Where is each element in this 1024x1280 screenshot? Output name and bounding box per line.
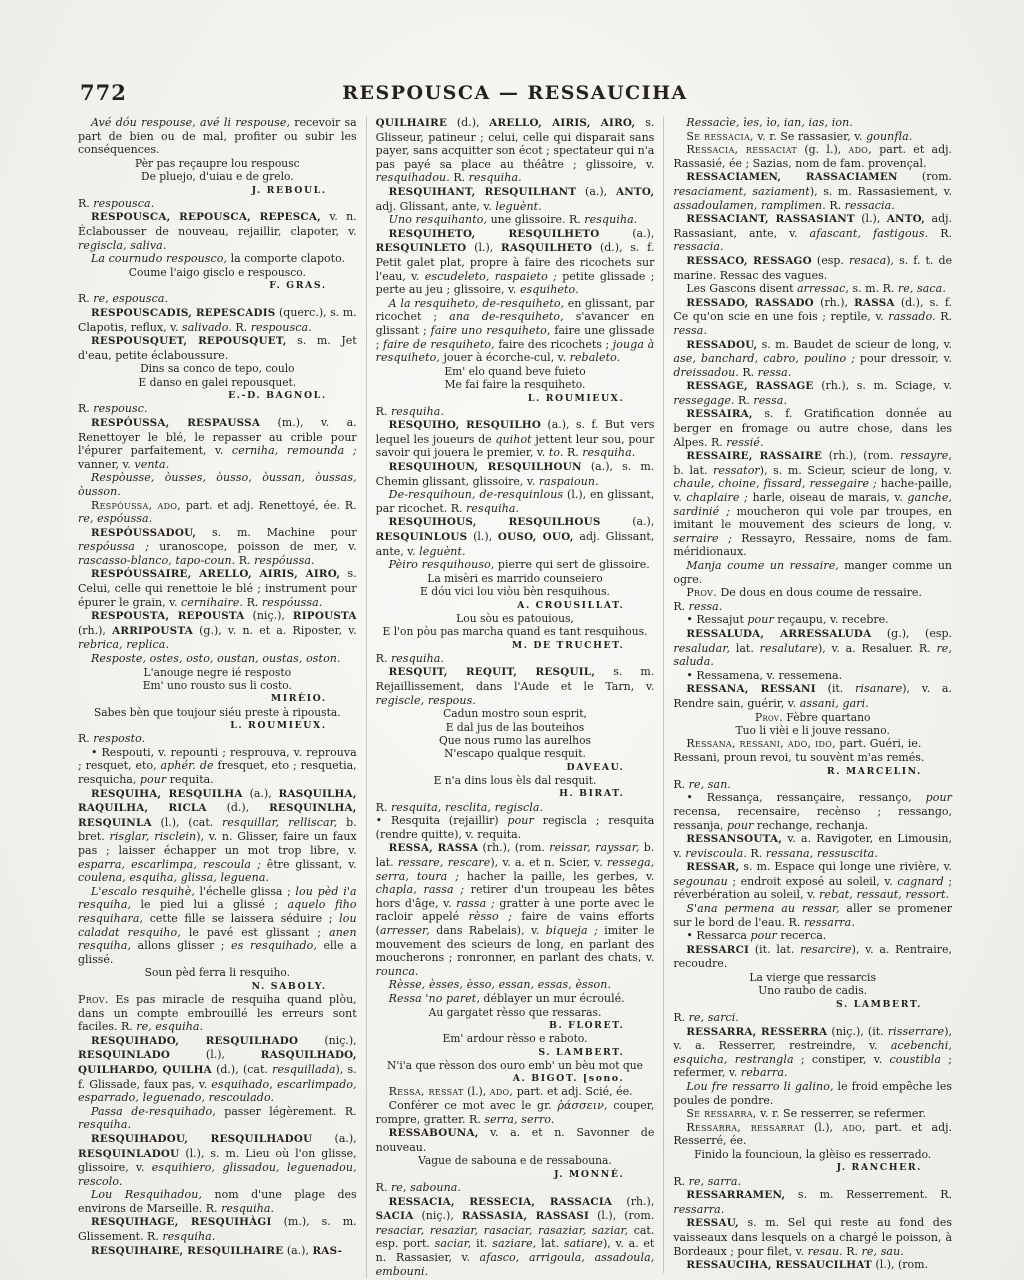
quote-attribution: A. CROUSILLAT.: [376, 599, 655, 612]
quote-attribution: MIRÈIO.: [78, 692, 357, 705]
dictionary-paragraph: RESSAGE, RASSAGE (rh.), s. m. Sciage, v.…: [673, 379, 952, 407]
column-2: QUILHAIRE (d.), ARELLO, AIRIS, AIRO, s. …: [366, 116, 664, 1278]
dictionary-paragraph: • Ressajut pour reçaupu, v. recebre.: [673, 613, 952, 627]
column-3: Ressacìe, ìes, ìo, ian, ias, ion.Se ress…: [663, 116, 952, 1273]
dictionary-paragraph: De-resquihoun, de-resquinlous (l.), en g…: [376, 488, 655, 515]
dictionary-paragraph: RESSA, RASSA (rh.), (rom. reissar, rayss…: [376, 841, 655, 978]
verse-quote: E n'a dins lous èls dal resquit.: [376, 774, 655, 787]
verse-quote: Cadun mostro soun esprit, E dal jus de l…: [376, 707, 655, 761]
dictionary-paragraph: RESQUIHO, RESQUILHO (a.), s. f. But vers…: [376, 418, 655, 460]
dictionary-paragraph: RESQUIHAGE, RESQUIHÀGI (m.), s. m. Gliss…: [78, 1215, 357, 1243]
dictionary-paragraph: Lou fre ressarro li galino, le froid emp…: [673, 1080, 952, 1107]
dictionary-paragraph: RESSAR, s. m. Espace qui longe une riviè…: [673, 860, 952, 902]
quote-attribution: J. RANCHER.: [673, 1161, 952, 1174]
dictionary-paragraph: • Respouti, v. repounti ; resprouva, v. …: [78, 746, 357, 787]
dictionary-paragraph: R. ressa.: [673, 600, 952, 614]
verse-quote: La misèri es marrido counseiero E dóu vi…: [376, 572, 655, 599]
dictionary-paragraph: RESPOUSTA, REPOUSTA (niç.), RIPOUSTA (rh…: [78, 609, 357, 652]
text-columns: Avé dóu respouse, avé li respouse, recev…: [78, 116, 952, 1278]
dictionary-paragraph: RESSADO, RASSADO (rh.), RASSA (d.), s. f…: [673, 296, 952, 338]
dictionary-paragraph: RESSADOU, s. m. Baudet de scieur de long…: [673, 338, 952, 380]
verse-quote: Lou sòu es patouious, E l'on pòu pas mar…: [376, 612, 655, 639]
dictionary-paragraph: RESQUIHADOU, RESQUILHADOU (a.), RESQUINL…: [78, 1132, 357, 1188]
dictionary-paragraph: A la resquiheto, de-resquiheto, en gliss…: [376, 297, 655, 365]
verse-quote: L'anouge negre ié resposto Em' uno roust…: [78, 666, 357, 693]
verse-quote: Em' ardour rèsso e raboto.: [376, 1032, 655, 1045]
dictionary-paragraph: Se ressarra, v. r. Se resserrer, se refe…: [673, 1107, 952, 1121]
dictionary-paragraph: L'escalo resquihè, l'échelle glissa ; lo…: [78, 885, 357, 967]
dictionary-paragraph: R. respousca.: [78, 197, 357, 211]
verse-quote: Vague de sabouna e de ressabouna.: [376, 1154, 655, 1167]
dictionary-paragraph: Manja coume un ressaire, manger comme un…: [673, 559, 952, 586]
dictionary-paragraph: Ressani, proun revoi, tu souvènt m'as re…: [673, 751, 952, 765]
dictionary-paragraph: RESSALUDA, ARRESSALUDA (g.), (esp. resal…: [673, 627, 952, 669]
page-header: 772 RESPOUSCA — RESSAUCIHA: [78, 80, 952, 110]
verse-quote: Au gargatet rèsso que ressaras.: [376, 1006, 655, 1019]
dictionary-paragraph: Les Gascons disent arressac, s. m. R. re…: [673, 282, 952, 296]
verse-quote: N'i'a que rèsson dos ouro emb' un bèu mo…: [376, 1059, 655, 1072]
quote-attribution: B. FLORET.: [376, 1019, 655, 1032]
dictionary-paragraph: RESQUIHAIRE, RESQUILHAIRE (a.), RAS-: [78, 1244, 357, 1259]
dictionary-paragraph: • Ressança, ressançaire, ressanço, pour …: [673, 791, 952, 832]
dictionary-paragraph: • Ressarca pour recerca.: [673, 929, 952, 943]
dictionary-paragraph: Ressa 'no paret, déblayer un mur écroulé…: [376, 992, 655, 1006]
dictionary-paragraph: RESSACIAMEN, RASSACIAMEN (rom. resaciame…: [673, 170, 952, 212]
dictionary-paragraph: Passa de-resquihado, passer légèrement. …: [78, 1105, 357, 1132]
verse-quote: Pèr pas reçaupre lou respousc De pluejo,…: [78, 157, 357, 184]
dictionary-paragraph: Conférer ce mot avec le gr. ῥάσσειν, cou…: [376, 1099, 655, 1126]
dictionary-page: 772 RESPOUSCA — RESSAUCIHA Avé dóu respo…: [0, 0, 1024, 1280]
dictionary-paragraph: R. resquiha.: [376, 405, 655, 419]
quote-attribution: J. REBOUL.: [78, 184, 357, 197]
dictionary-paragraph: Ressa, ressat (l.), ado, part. et adj. S…: [376, 1085, 655, 1099]
dictionary-paragraph: R. resquita, resclita, regiscla.: [376, 801, 655, 815]
quote-attribution: E.-D. BAGNOL.: [78, 389, 357, 402]
dictionary-paragraph: Se ressacia, v. r. Se rassasier, v. goun…: [673, 130, 952, 144]
dictionary-paragraph: Avé dóu respouse, avé li respouse, recev…: [78, 116, 357, 157]
running-title: RESPOUSCA — RESSAUCIHA: [78, 82, 952, 104]
dictionary-paragraph: Pèiro resquihouso, pierre qui sert de gl…: [376, 558, 655, 572]
dictionary-paragraph: • Resquita (rejaillir) pour regiscla ; r…: [376, 814, 655, 841]
quote-attribution: S. LAMBERT.: [376, 1046, 655, 1059]
dictionary-paragraph: R. respousc.: [78, 402, 357, 416]
dictionary-paragraph: Ressacia, ressaciat (g. l.), ado, part. …: [673, 143, 952, 170]
verse-quote: Coume l'aigo gisclo e respousco.: [78, 266, 357, 279]
dictionary-paragraph: R. re, sabouna.: [376, 1181, 655, 1195]
quote-attribution: DAVEAU.: [376, 761, 655, 774]
dictionary-paragraph: RESQUIHA, RESQUILHA (a.), RASQUILHA, RAQ…: [78, 787, 357, 885]
dictionary-paragraph: R. re, sarci.: [673, 1011, 952, 1025]
dictionary-paragraph: R. resposto.: [78, 732, 357, 746]
quote-attribution: S. LAMBERT.: [673, 998, 952, 1011]
dictionary-paragraph: RESPOUSCA, REPOUSCA, REPESCA, v. n. Écla…: [78, 210, 357, 252]
dictionary-paragraph: RESPÓUSSA, RESPAUSSA (m.), v. a. Renetto…: [78, 416, 357, 471]
dictionary-paragraph: RESSARCI (it. lat. resarcire), v. a. Ren…: [673, 943, 952, 971]
dictionary-paragraph: Rèsse, èsses, èsso, essan, essas, èsson.: [376, 978, 655, 992]
dictionary-paragraph: S'ana permena au ressar, aller se promen…: [673, 902, 952, 929]
dictionary-paragraph: RESQUIHOUS, RESQUILHOUS (a.), RESQUINLOU…: [376, 515, 655, 558]
dictionary-paragraph: Uno resquihanto, une glissoire. R. resqu…: [376, 213, 655, 227]
verse-quote: Em' elo quand beve fuieto Me fai faire l…: [376, 365, 655, 392]
verse-quote: Soun pèd ferra li resquiho.: [78, 966, 357, 979]
quote-attribution: M. DE TRUCHET.: [376, 639, 655, 652]
quote-attribution: A. BIGOT. [sono.: [376, 1072, 655, 1085]
dictionary-paragraph: RESSAUCIHA, RESSAUCILHAT (l.), (rom.: [673, 1258, 952, 1273]
dictionary-paragraph: RESPÓUSSAIRE, ARELLO, AIRIS, AIRO, s. Ce…: [78, 567, 357, 609]
dictionary-paragraph: Resposte, ostes, osto, oustan, oustas, o…: [78, 652, 357, 666]
dictionary-paragraph: Ressana, ressani, ado, ido, part. Guéri,…: [673, 737, 952, 751]
dictionary-paragraph: Prov. Es pas miracle de resquiha quand p…: [78, 993, 357, 1034]
quote-attribution: R. MARCELIN.: [673, 765, 952, 778]
dictionary-paragraph: RESSACIA, RESSECIA, RASSACIA (rh.), SACI…: [376, 1195, 655, 1279]
verse-quote: Prov. Fèbre quartano Tuo li vièi e li jo…: [673, 711, 952, 738]
dictionary-paragraph: Ressarra, ressarrat (l.), ado, part. et …: [673, 1121, 952, 1148]
dictionary-paragraph: RESSACO, RESSAGO (esp. resaca), s. f. t.…: [673, 254, 952, 282]
dictionary-paragraph: R. re, san.: [673, 778, 952, 792]
quote-attribution: N. SABOLY.: [78, 980, 357, 993]
verse-quote: Finido la founcioun, la glèiso es resser…: [673, 1148, 952, 1161]
dictionary-paragraph: La cournudo respousco, la comporte clapo…: [78, 252, 357, 266]
dictionary-paragraph: RESSABOUNA, v. a. et n. Savonner de nouv…: [376, 1126, 655, 1154]
dictionary-paragraph: Respòusse, òusses, òusso, òussan, òussas…: [78, 471, 357, 498]
dictionary-paragraph: RESSAIRA, s. f. Gratification donnée au …: [673, 407, 952, 449]
dictionary-paragraph: RESSAIRE, RASSAIRE (rh.), (rom. ressayre…: [673, 449, 952, 559]
verse-quote: Sabes bèn que toujour siéu preste à ripo…: [78, 706, 357, 719]
quote-attribution: H. BIRAT.: [376, 787, 655, 800]
dictionary-paragraph: R. re, espousca.: [78, 292, 357, 306]
verse-quote: Dins sa conco de tepo, coulo E danso en …: [78, 362, 357, 389]
dictionary-paragraph: RESQUIHOUN, RESQUILHOUN (a.), s. m. Chem…: [376, 460, 655, 488]
quote-attribution: L. ROUMIEUX.: [78, 719, 357, 732]
dictionary-paragraph: R. re, sarra.: [673, 1175, 952, 1189]
dictionary-paragraph: Lou Resquihadou, nom d'une plage des env…: [78, 1188, 357, 1215]
quote-attribution: F. GRAS.: [78, 279, 357, 292]
quote-attribution: L. ROUMIEUX.: [376, 392, 655, 405]
dictionary-paragraph: RESSARRA, RESSERRA (niç.), (it. risserra…: [673, 1025, 952, 1080]
dictionary-paragraph: • Ressamena, v. ressemena.: [673, 669, 952, 683]
dictionary-paragraph: RESQUIHANT, RESQUILHANT (a.), ANTO, adj.…: [376, 185, 655, 213]
dictionary-paragraph: RESPÓUSSADOU, s. m. Machine pour respóus…: [78, 526, 357, 568]
dictionary-paragraph: Ressacìe, ìes, ìo, ian, ias, ion.: [673, 116, 952, 130]
dictionary-paragraph: QUILHAIRE (d.), ARELLO, AIRIS, AIRO, s. …: [376, 116, 655, 185]
dictionary-paragraph: RESSANSOUTA, v. a. Ravigoter, en Limousi…: [673, 832, 952, 860]
dictionary-paragraph: RESSACIANT, RASSASIANT (l.), ANTO, adj. …: [673, 212, 952, 254]
dictionary-paragraph: RESPOUSQUET, REPOUSQUET, s. m. Jet d'eau…: [78, 334, 357, 362]
dictionary-paragraph: Respóussa, ado, part. et adj. Renettoyé,…: [78, 499, 357, 526]
dictionary-paragraph: Prov. De dous en dous coume de ressaire.: [673, 586, 952, 600]
dictionary-paragraph: RESPOUSCADIS, REPESCADIS (querc.), s. m.…: [78, 306, 357, 334]
dictionary-paragraph: RESQUIHETO, RESQUILHETO (a.), RESQUINLET…: [376, 227, 655, 297]
dictionary-paragraph: R. resquiha.: [376, 652, 655, 666]
dictionary-paragraph: RESQUIHADO, RESQUILHADO (niç.), RESQUINL…: [78, 1034, 357, 1105]
dictionary-paragraph: RESSARRAMEN, s. m. Resserrement. R. ress…: [673, 1188, 952, 1216]
dictionary-paragraph: RESSAU, s. m. Sel qui reste au fond des …: [673, 1216, 952, 1258]
column-1: Avé dóu respouse, avé li respouse, recev…: [78, 116, 366, 1258]
verse-quote: La vierge que ressarcis Uno raubo de cad…: [673, 971, 952, 998]
dictionary-paragraph: RESQUIT, REQUIT, RESQUIL, s. m. Rejailli…: [376, 665, 655, 707]
dictionary-paragraph: RESSANA, RESSANI (it. risanare), v. a. R…: [673, 682, 952, 710]
quote-attribution: J. MONNÉ.: [376, 1168, 655, 1181]
